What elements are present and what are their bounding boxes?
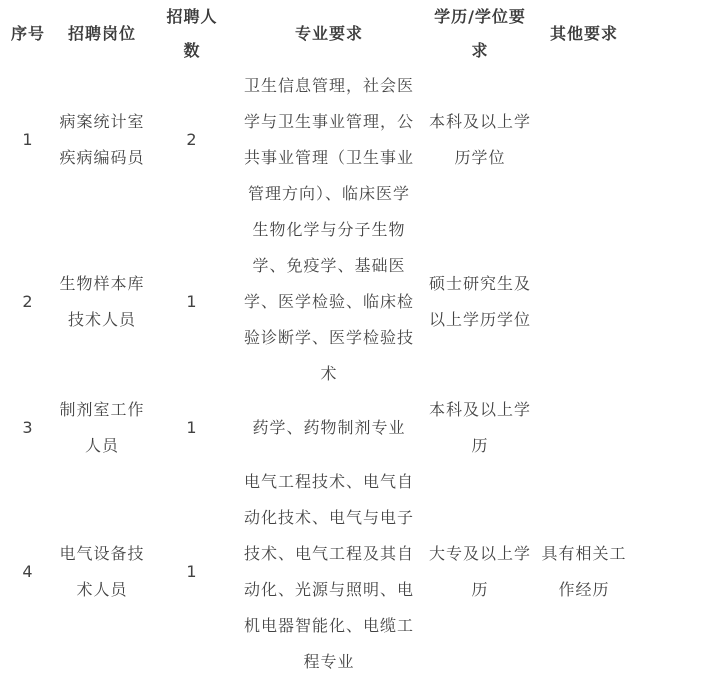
cell-education: 本科及以上学历学位: [422, 68, 538, 212]
table-body: 1 病案统计室疾病编码员 2 卫生信息管理，社会医学与卫生事业管理，公共事业管理…: [0, 68, 630, 678]
table-row: 4 电气设备技术人员 1 电气工程技术、电气自动化技术、电气与电子技术、电气工程…: [0, 464, 630, 678]
cell-position: 电气设备技术人员: [56, 464, 148, 678]
header-cell-education: 学历/学位要求: [422, 0, 538, 68]
table-row: 3 制剂室工作人员 1 药学、药物制剂专业 本科及以上学历: [0, 392, 630, 464]
cell-major: 生物化学与分子生物学、免疫学、基础医学、医学检验、临床检验诊断学、医学检验技术: [236, 212, 422, 392]
header-cell-index: 序号: [0, 0, 56, 68]
cell-education: 本科及以上学历: [422, 392, 538, 464]
cell-position: 生物样本库技术人员: [56, 212, 148, 392]
cell-education: 硕士研究生及以上学历学位: [422, 212, 538, 392]
table-row: 1 病案统计室疾病编码员 2 卫生信息管理，社会医学与卫生事业管理，公共事业管理…: [0, 68, 630, 212]
cell-count: 1: [148, 392, 236, 464]
table-header: 序号 招聘岗位 招聘人数 专业要求 学历/学位要求 其他要求: [0, 0, 630, 68]
cell-count: 2: [148, 68, 236, 212]
header-cell-major: 专业要求: [236, 0, 422, 68]
cell-other: [538, 212, 630, 392]
cell-other: [538, 392, 630, 464]
cell-major: 卫生信息管理，社会医学与卫生事业管理，公共事业管理（卫生事业管理方向）、临床医学: [236, 68, 422, 212]
header-cell-count: 招聘人数: [148, 0, 236, 68]
cell-other: 具有相关工作经历: [538, 464, 630, 678]
cell-major: 药学、药物制剂专业: [236, 392, 422, 464]
table-row: 2 生物样本库技术人员 1 生物化学与分子生物学、免疫学、基础医学、医学检验、临…: [0, 212, 630, 392]
cell-index: 3: [0, 392, 56, 464]
header-cell-position: 招聘岗位: [56, 0, 148, 68]
cell-index: 2: [0, 212, 56, 392]
cell-position: 病案统计室疾病编码员: [56, 68, 148, 212]
cell-major: 电气工程技术、电气自动化技术、电气与电子技术、电气工程及其自动化、光源与照明、电…: [236, 464, 422, 678]
cell-index: 4: [0, 464, 56, 678]
cell-count: 1: [148, 212, 236, 392]
cell-count: 1: [148, 464, 236, 678]
cell-education: 大专及以上学历: [422, 464, 538, 678]
recruitment-table: 序号 招聘岗位 招聘人数 专业要求 学历/学位要求 其他要求 1 病案统计室疾病…: [0, 0, 630, 678]
cell-position: 制剂室工作人员: [56, 392, 148, 464]
header-row: 序号 招聘岗位 招聘人数 专业要求 学历/学位要求 其他要求: [0, 0, 630, 68]
header-cell-other: 其他要求: [538, 0, 630, 68]
cell-index: 1: [0, 68, 56, 212]
cell-other: [538, 68, 630, 212]
